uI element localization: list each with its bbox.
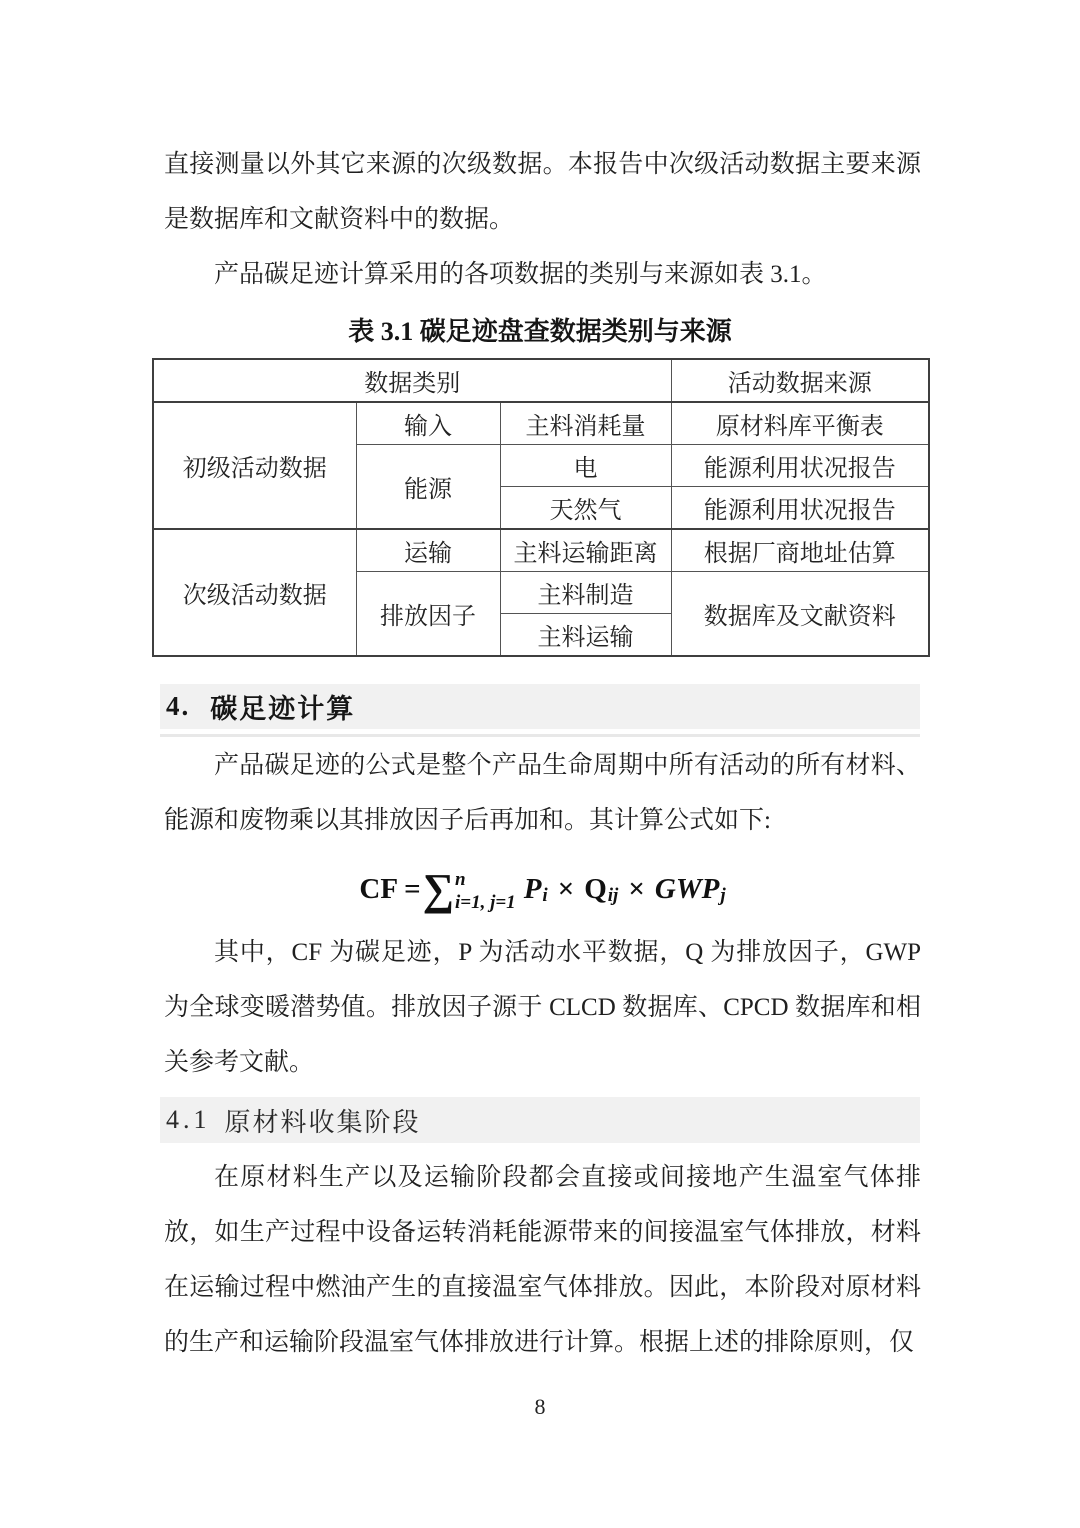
formula-equals: = [404,873,421,906]
section-4-heading-rule [160,734,920,737]
intro-paragraph-lead: 产品碳足迹计算采用的各项数据的类别与来源如表 3.1。 [164,247,921,302]
table-row: 次级活动数据 运输 主料运输距离 根据厂商地址估算 [153,529,929,572]
section-4-1-number: 4.1 [166,1105,211,1135]
formula-times-1: × [558,873,575,906]
section-4-paragraph-1-block: 产品碳足迹的公式是整个产品生命周期中所有活动的所有材料、能源和废物乘以其排放因子… [164,738,921,848]
cell-gas-item: 天然气 [500,487,671,530]
cell-primary-label: 初级活动数据 [153,402,356,529]
page-number: 8 [0,1394,1080,1420]
formula-upper-limit: n [455,870,466,889]
cell-input-item: 主料消耗量 [500,402,671,445]
cell-input-source: 原材料库平衡表 [671,402,929,445]
carbon-footprint-formula: CF = ∑ n i=1, j=1 Pi × Qij × GWPj [164,855,921,923]
document-page: 直接测量以外其它来源的次级数据。本报告中次级活动数据主要来源是数据库和文献资料中… [0,0,1080,1528]
formula-sigma-limits: n i=1, j=1 [455,870,516,912]
header-activity-data-source: 活动数据来源 [671,359,929,402]
cell-transport-item: 主料运输距离 [500,529,671,572]
cell-input-type: 输入 [356,402,500,445]
formula-q: Q [584,873,607,906]
header-data-category: 数据类别 [153,359,671,402]
section-4-paragraph-2-block: 其中，CF 为碳足迹，P 为活动水平数据，Q 为排放因子，GWP 为全球变暖潜势… [164,925,921,1090]
section-4-1-title: 原材料收集阶段 [225,1102,421,1139]
section-4-1-paragraph: 在原材料生产以及运输阶段都会直接或间接地产生温室气体排放，如生产过程中设备运转消… [164,1150,921,1370]
cell-transport-source: 根据厂商地址估算 [671,529,929,572]
section-4-number: 4. [166,691,190,722]
section-4-paragraph-1: 产品碳足迹的公式是整个产品生命周期中所有活动的所有材料、能源和废物乘以其排放因子… [164,738,921,848]
cell-energy-type: 能源 [356,445,500,530]
section-4-1-paragraph-block: 在原材料生产以及运输阶段都会直接或间接地产生温室气体排放，如生产过程中设备运转消… [164,1150,921,1370]
formula-gwp-subscript: j [720,886,725,905]
table-3-1: 数据类别 活动数据来源 初级活动数据 输入 主料消耗量 原材料库平衡表 能源 电… [152,358,930,657]
section-4-paragraph-2: 其中，CF 为碳足迹，P 为活动水平数据，Q 为排放因子，GWP 为全球变暖潜势… [164,925,921,1090]
formula-cf: CF [359,873,398,906]
table-title: 表 3.1 碳足迹盘查数据类别与来源 [152,310,928,354]
intro-block: 直接测量以外其它来源的次级数据。本报告中次级活动数据主要来源是数据库和文献资料中… [164,137,921,302]
table-header-row: 数据类别 活动数据来源 [153,359,929,402]
formula-q-subscript: ij [608,886,619,905]
table-row: 初级活动数据 输入 主料消耗量 原材料库平衡表 [153,402,929,445]
formula-lower-limit: i=1, j=1 [455,893,516,912]
formula-p-subscript: i [542,886,547,905]
formula-p: P [524,873,542,906]
cell-gas-source: 能源利用状况报告 [671,487,929,530]
cell-electricity-source: 能源利用状况报告 [671,445,929,487]
cell-emission-type: 排放因子 [356,572,500,657]
cell-transport-type: 运输 [356,529,500,572]
intro-paragraph-continued: 直接测量以外其它来源的次级数据。本报告中次级活动数据主要来源是数据库和文献资料中… [164,137,921,247]
formula-gwp: GWP [655,873,719,906]
cell-manufacture-item: 主料制造 [500,572,671,614]
section-4-heading: 4. 碳足迹计算 [160,684,920,729]
section-4-1-heading: 4.1 原材料收集阶段 [160,1097,920,1143]
cell-secondary-label: 次级活动数据 [153,529,356,656]
cell-electricity-item: 电 [500,445,671,487]
formula-sigma: ∑ [423,868,454,912]
formula-times-2: × [628,873,645,906]
section-4-title: 碳足迹计算 [210,687,355,726]
cell-transport2-item: 主料运输 [500,614,671,657]
cell-emission-source: 数据库及文献资料 [671,572,929,657]
